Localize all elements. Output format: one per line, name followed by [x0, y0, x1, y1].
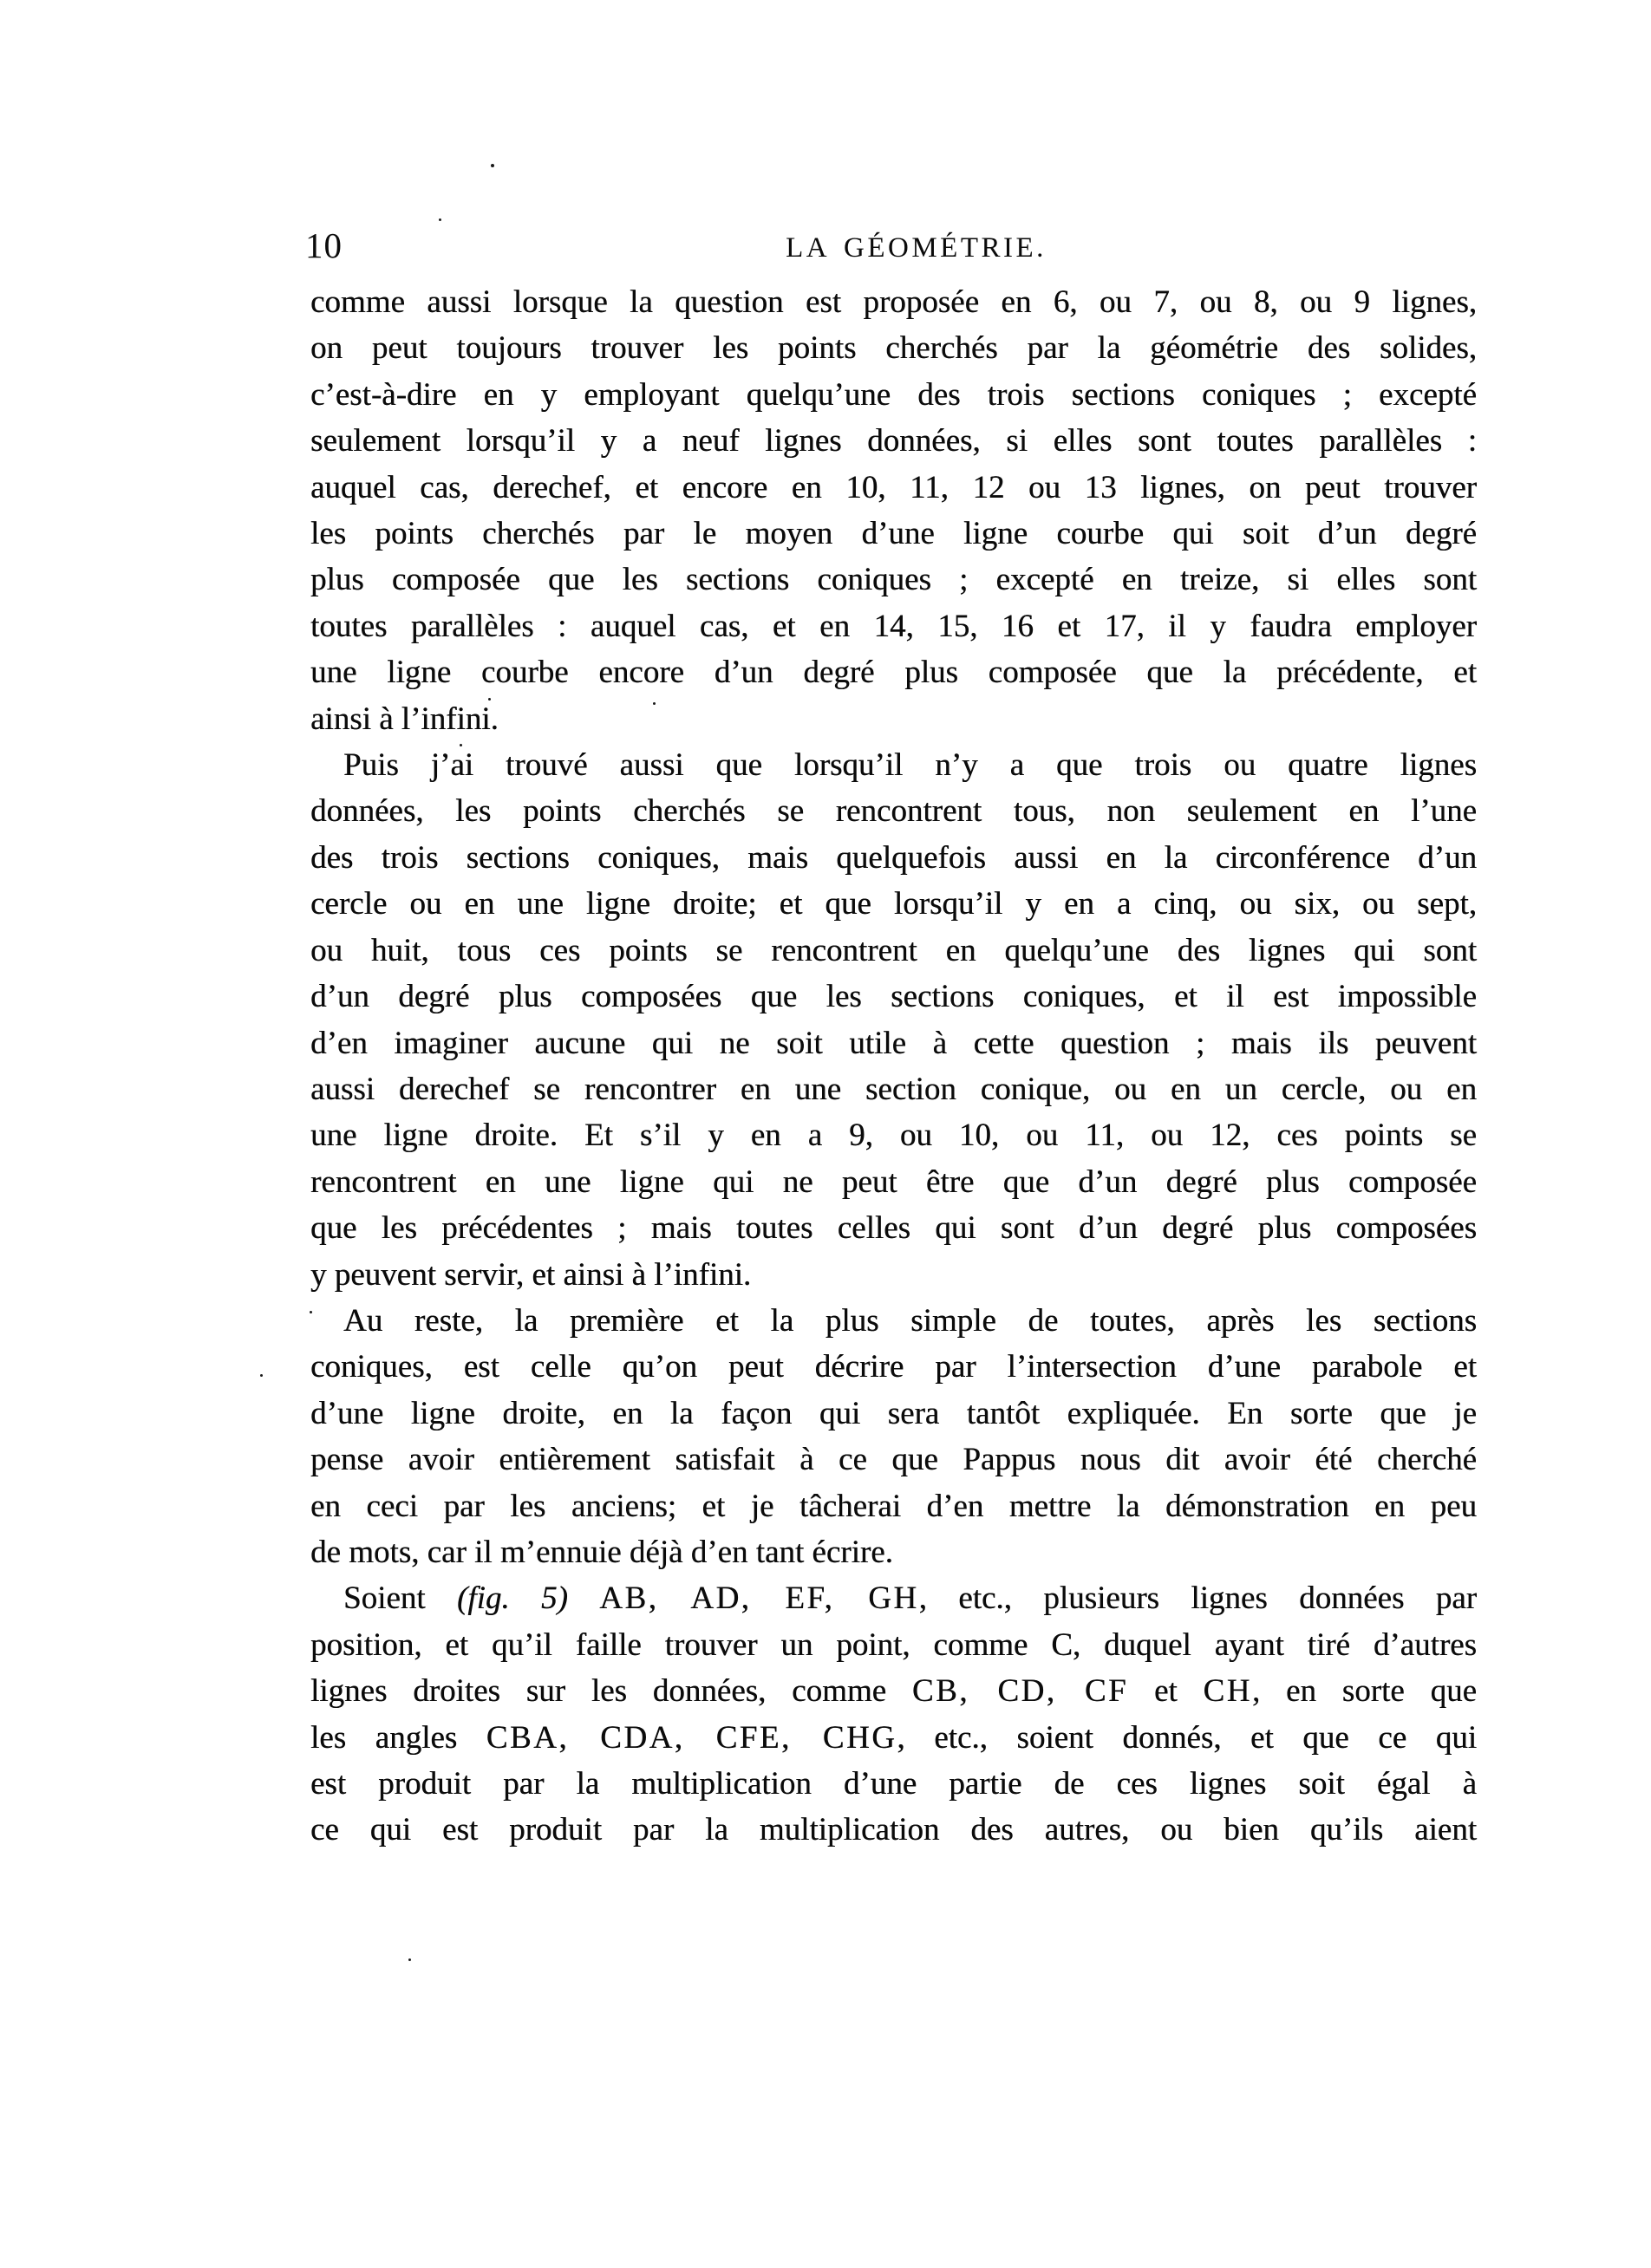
- text-line: Puis j’ai trouvé aussi que lorsqu’il n’y…: [310, 742, 1477, 788]
- text-line: données, les points cherchés se rencontr…: [310, 788, 1477, 834]
- scan-speckle: [460, 744, 462, 746]
- text-line: des trois sections coniques, mais quelqu…: [310, 835, 1477, 881]
- text-line: d’un degré plus composées que les sectio…: [310, 974, 1477, 1020]
- text-line: plus composée que les sections coniques …: [310, 557, 1477, 603]
- text-segment: , etc., plusieurs lignes données par: [919, 1580, 1477, 1616]
- scan-speckle: [439, 218, 441, 221]
- text-segment: , etc., soient donnés, et que ce qui: [897, 1720, 1477, 1756]
- text-line: que les précédentes ; mais toutes celles…: [310, 1205, 1477, 1251]
- paragraph: comme aussi lorsque la question est prop…: [310, 279, 1477, 742]
- text-segment: [568, 1580, 599, 1616]
- label-letters-segment: AB, AD, EF, GH: [599, 1580, 918, 1616]
- text-line: position, et qu’il faille trouver un poi…: [310, 1622, 1477, 1668]
- text-line: cercle ou en une ligne droite; et que lo…: [310, 881, 1477, 927]
- text-line: ou huit, tous ces points se rencontrent …: [310, 928, 1477, 974]
- text-segment: lignes droites sur les données, comme: [310, 1673, 912, 1709]
- scan-speckle: [491, 164, 494, 167]
- text-line: une ligne droite. Et s’il y en a 9, ou 1…: [310, 1112, 1477, 1158]
- text-line: Au reste, la première et la plus simple …: [310, 1298, 1477, 1344]
- text-segment: et: [1128, 1673, 1203, 1709]
- book-page: 10 LA GÉOMÉTRIE. comme aussi lorsque la …: [0, 0, 1651, 2268]
- text-line: d’en imaginer aucune qui ne soit utile à…: [310, 1020, 1477, 1066]
- text-segment: , en sorte que: [1252, 1673, 1477, 1709]
- text-line: lignes droites sur les données, comme CB…: [310, 1668, 1477, 1714]
- paragraph: Au reste, la première et la plus simple …: [310, 1298, 1477, 1575]
- label-letters-segment: CBA, CDA, CFE, CHG: [486, 1720, 897, 1756]
- text-line: rencontrent en une ligne qui ne peut êtr…: [310, 1159, 1477, 1205]
- text-line: est produit par la multiplication d’une …: [310, 1761, 1477, 1807]
- text-block: comme aussi lorsque la question est prop…: [310, 279, 1477, 1854]
- text-line: auquel cas, derechef, et encore en 10, 1…: [310, 465, 1477, 511]
- text-line: seulement lorsqu’il y a neuf lignes donn…: [310, 418, 1477, 464]
- text-line: ainsi à l’infini.: [310, 696, 1477, 742]
- text-line: en ceci par les anciens; et je tâcherai …: [310, 1483, 1477, 1529]
- scan-speckle: [260, 1374, 263, 1377]
- scan-speckle: [310, 1311, 312, 1313]
- text-line: c’est-à-dire en y employant quelqu’une d…: [310, 372, 1477, 418]
- paragraph: Soient (fig. 5) AB, AD, EF, GH, etc., pl…: [310, 1575, 1477, 1853]
- text-line: aussi derechef se rencontrer en une sect…: [310, 1066, 1477, 1112]
- text-line: les angles CBA, CDA, CFE, CHG, etc., soi…: [310, 1715, 1477, 1761]
- label-letters-segment: CH: [1204, 1673, 1252, 1709]
- text-line: les points cherchés par le moyen d’une l…: [310, 511, 1477, 557]
- text-line: Soient (fig. 5) AB, AD, EF, GH, etc., pl…: [310, 1575, 1477, 1621]
- label-letters-segment: CB, CD, CF: [912, 1673, 1128, 1709]
- scan-speckle: [653, 702, 656, 705]
- text-line: on peut toujours trouver les points cher…: [310, 325, 1477, 371]
- scan-speckle: [488, 698, 491, 701]
- text-line: ce qui est produit par la multiplication…: [310, 1807, 1477, 1853]
- text-line: y peuvent servir, et ainsi à l’infini.: [310, 1252, 1477, 1298]
- text-line: toutes parallèles : auquel cas, et en 14…: [310, 603, 1477, 649]
- running-title: LA GÉOMÉTRIE.: [310, 232, 1477, 264]
- text-line: de mots, car il m’ennuie déjà d’en tant …: [310, 1529, 1477, 1575]
- text-line: une ligne courbe encore d’un degré plus …: [310, 649, 1477, 695]
- paragraph: Puis j’ai trouvé aussi que lorsqu’il n’y…: [310, 742, 1477, 1298]
- text-line: pense avoir entièrement satisfait à ce q…: [310, 1437, 1477, 1483]
- text-line: d’une ligne droite, en la façon qui sera…: [310, 1391, 1477, 1437]
- text-line: coniques, est celle qu’on peut décrire p…: [310, 1344, 1477, 1390]
- text-segment: les angles: [310, 1720, 486, 1756]
- text-line: comme aussi lorsque la question est prop…: [310, 279, 1477, 325]
- scan-speckle: [408, 1958, 411, 1961]
- italic-segment: (fig. 5): [457, 1580, 568, 1616]
- text-segment: Soient: [343, 1580, 457, 1616]
